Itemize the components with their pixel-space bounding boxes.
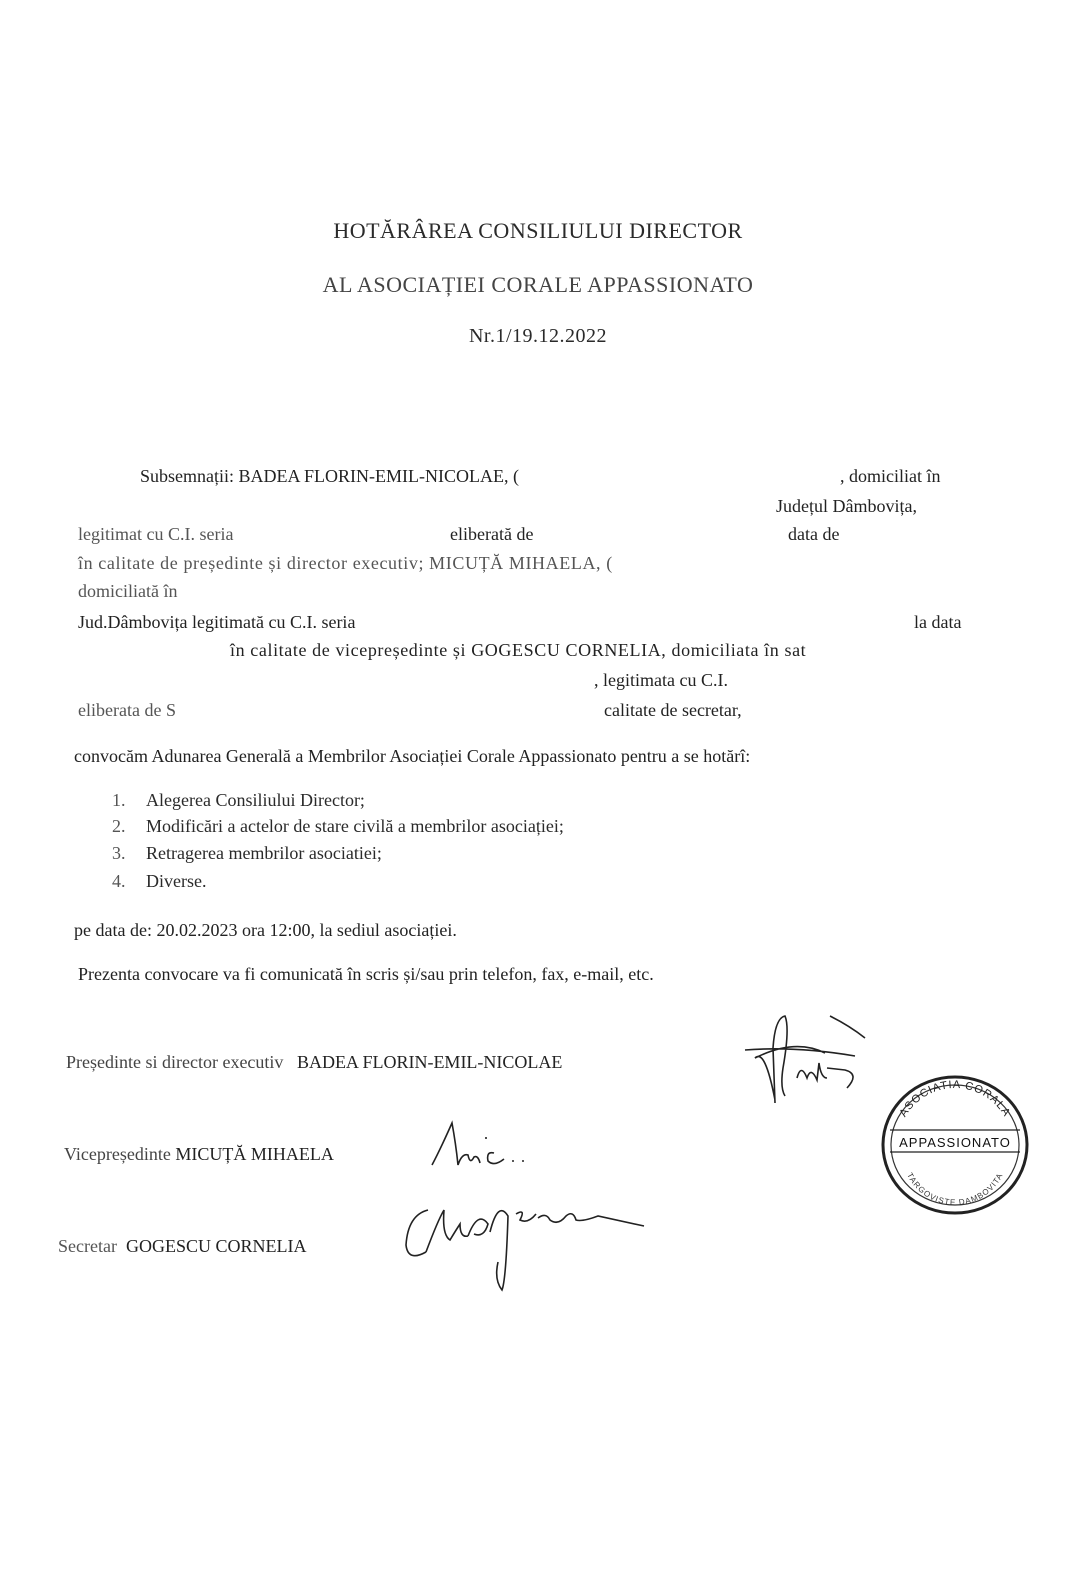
meeting-date-line: pe data de: 20.02.2023 ora 12:00, la sed… — [74, 920, 457, 941]
signature-role: Vicepreședinte — [64, 1144, 171, 1164]
para-line-4: în calitate de președinte și director ex… — [78, 553, 613, 574]
agenda-item-number: 4. — [112, 871, 146, 892]
document-number: Nr.1/19.12.2022 — [0, 325, 1076, 348]
stamp-center-text: APPASSIONATO — [899, 1135, 1011, 1150]
agenda-item-text: Alegerea Consiliului Director; — [146, 790, 365, 810]
agenda-item: 2.Modificări a actelor de stare civilă a… — [112, 816, 564, 837]
document-subtitle: AL ASOCIAȚIEI CORALE APPASSIONATO — [0, 272, 1076, 298]
stamp-bottom-text: TARGOVISTE DAMBOVITA — [905, 1171, 1005, 1207]
stamp-top-text: ASOCIATIA CORALA — [897, 1079, 1012, 1119]
agenda-item-text: Diverse. — [146, 871, 206, 891]
para-line-5: domiciliată în — [78, 581, 177, 602]
signature-line-secretary: Secretar GOGESCU CORNELIA — [58, 1236, 306, 1257]
notice-text: Prezenta convocare va fi comunicată în s… — [78, 964, 654, 985]
agenda-item: 4.Diverse. — [112, 871, 206, 892]
agenda-item: 3.Retragerea membrilor asociatiei; — [112, 843, 382, 864]
signature-line-president: Președinte si director executiv BADEA FL… — [66, 1052, 562, 1073]
agenda-item-number: 1. — [112, 790, 146, 811]
agenda-item: 1.Alegerea Consiliului Director; — [112, 790, 365, 811]
para-line-7: în calitate de vicepreședinte și GOGESCU… — [230, 640, 806, 661]
svg-text:ASOCIATIA CORALA: ASOCIATIA CORALA — [897, 1079, 1012, 1119]
para-line-8-right: , legitimata cu C.I. — [594, 670, 728, 691]
document-title: HOTĂRÂREA CONSILIULUI DIRECTOR — [0, 218, 1076, 244]
para-line-9-left: eliberata de S — [78, 700, 176, 721]
agenda-item-text: Retragerea membrilor asociatiei; — [146, 843, 382, 863]
para-line-9-right: calitate de secretar, — [604, 700, 742, 721]
signature-name: GOGESCU CORNELIA — [126, 1236, 307, 1256]
para-line-1-left: Subsemnații: BADEA FLORIN-EMIL-NICOLAE, … — [140, 466, 519, 487]
para-line-3-right: data de — [788, 524, 839, 545]
para-line-2-right: Județul Dâmbovița, — [776, 496, 917, 517]
para-line-1-right: , domiciliat în — [840, 466, 941, 487]
para-line-6-right: la data — [914, 612, 961, 633]
agenda-item-number: 2. — [112, 816, 146, 837]
convocation-text: convocăm Adunarea Generală a Membrilor A… — [74, 746, 750, 767]
para-line-3-mid: eliberată de — [450, 524, 533, 545]
signature-line-vicepresident: Vicepreședinte MICUȚĂ MIHAELA — [64, 1144, 334, 1165]
signature-name: BADEA FLORIN-EMIL-NICOLAE — [297, 1052, 562, 1072]
signature-role: Secretar — [58, 1236, 117, 1256]
vicepresident-signature-icon — [428, 1115, 568, 1175]
association-stamp-icon: ASOCIATIA CORALA APPASSIONATO TARGOVISTE… — [876, 1070, 1034, 1220]
svg-text:TARGOVISTE DAMBOVITA: TARGOVISTE DAMBOVITA — [905, 1171, 1005, 1207]
para-line-6-left: Jud.Dâmbovița legitimată cu C.I. seria — [78, 612, 355, 633]
agenda-item-text: Modificări a actelor de stare civilă a m… — [146, 816, 564, 836]
president-signature-icon — [735, 1008, 870, 1108]
agenda-item-number: 3. — [112, 843, 146, 864]
signature-name: MICUȚĂ MIHAELA — [175, 1144, 333, 1164]
para-line-3-left: legitimat cu C.I. seria — [78, 524, 233, 545]
secretary-signature-icon — [398, 1190, 658, 1300]
signature-role: Președinte si director executiv — [66, 1052, 283, 1072]
